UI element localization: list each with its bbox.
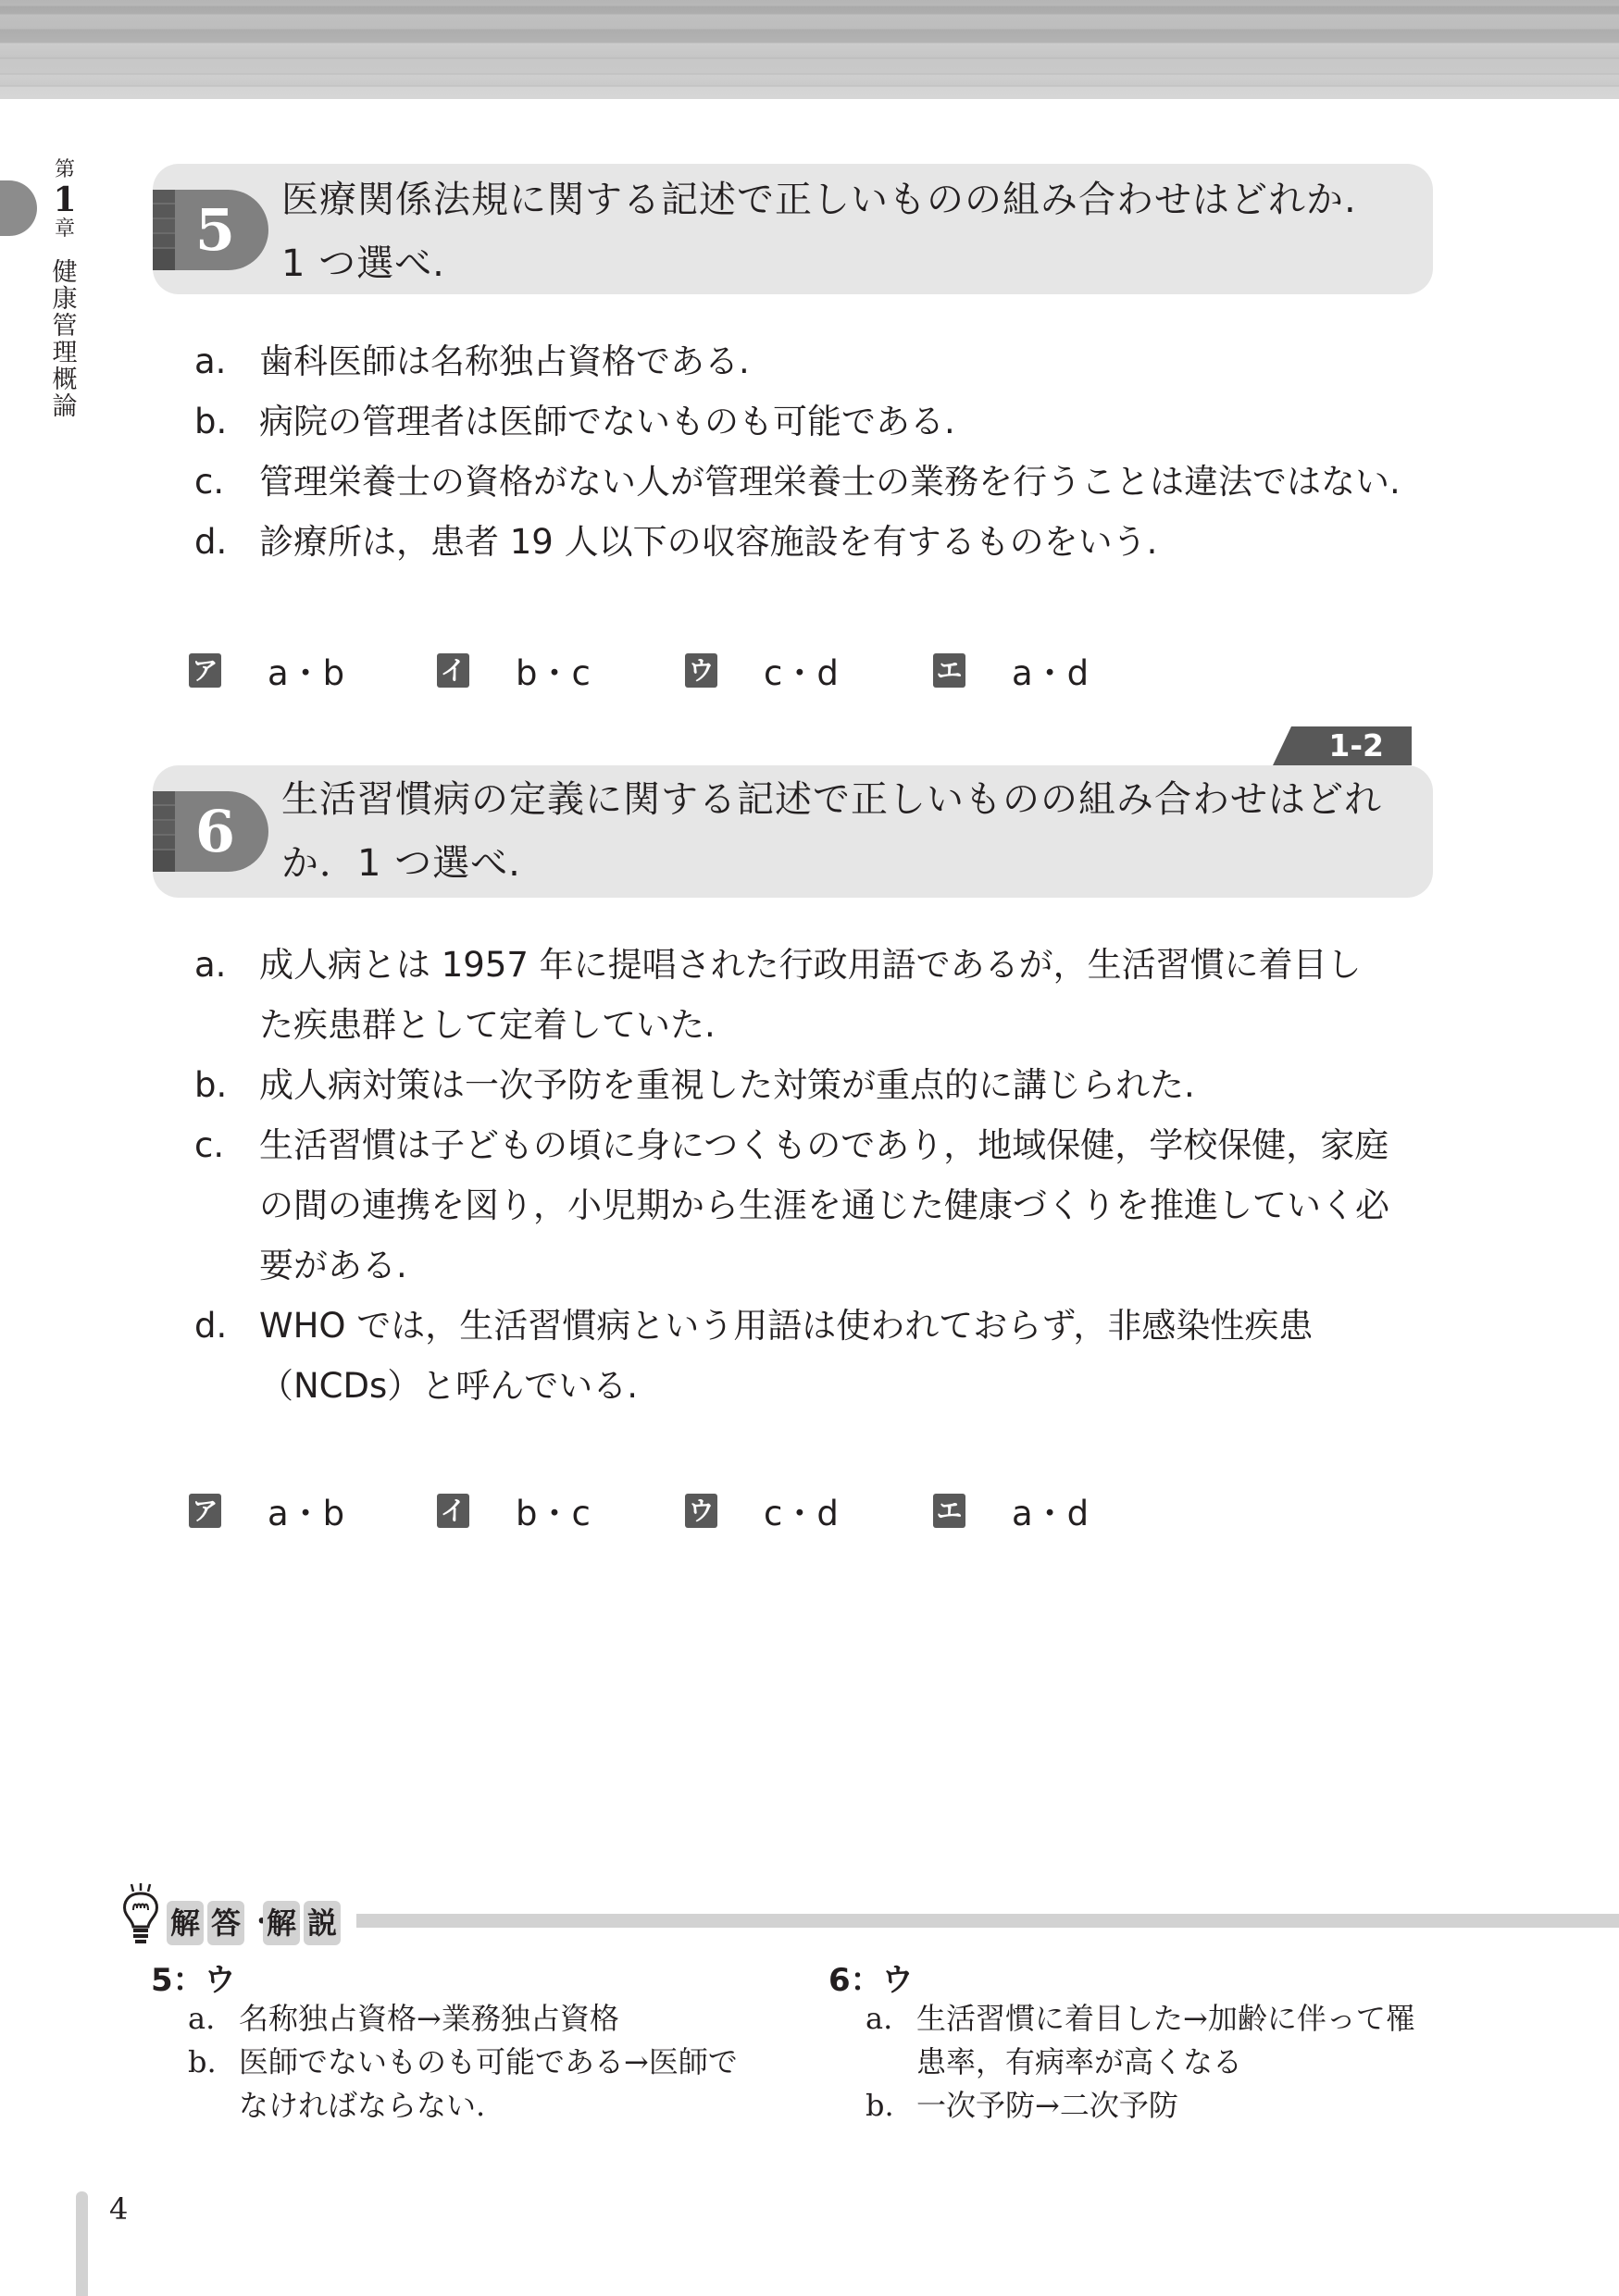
choice-line: 成人病とは 1957 年に提唱された行政用語であるが，生活習慣に着目し xyxy=(259,935,1435,995)
answer-options: ア a・b イ b・c ウ c・d エ a・d xyxy=(189,645,1181,695)
chapter-number: 1 xyxy=(53,181,76,218)
page-number: 4 xyxy=(109,2191,128,2227)
explanation-line: 生活習慣に着目した→加齢に伴って罹 xyxy=(916,1997,1415,2041)
option-key-badge: ウ xyxy=(685,1494,717,1528)
choice-text: 成人病対策は一次予防を重視した対策が重点的に講じられた. xyxy=(259,1055,1435,1115)
explanation-label: a. xyxy=(188,1997,239,2041)
choice-label: a. xyxy=(194,935,259,1055)
option-key-badge: ア xyxy=(189,653,221,688)
option-key-badge: ア xyxy=(189,1494,221,1528)
question-number-badge: 6 xyxy=(153,791,268,872)
option-key-badge: エ xyxy=(933,653,965,688)
option-key-badge: イ xyxy=(437,1494,469,1528)
question-number: 6 xyxy=(175,791,268,872)
lightbulb-icon xyxy=(120,1882,161,1945)
option-value: b・c xyxy=(516,1485,591,1535)
choice-label: a. xyxy=(194,331,259,391)
option-a[interactable]: ア a・b xyxy=(189,645,437,695)
chapter-prefix: 第 xyxy=(55,159,75,181)
chapter-title-char: 概 xyxy=(53,366,78,393)
chapter-title-char: 理 xyxy=(53,340,78,366)
explanation-label: b. xyxy=(866,2084,916,2128)
badge-stripes xyxy=(153,791,175,872)
answer-key-6: 6：ウ xyxy=(828,1955,914,2000)
choice-text: 生活習慣は子どもの頃に身につくものであり，地域保健，学校保健，家庭 の間の連携を… xyxy=(259,1115,1435,1296)
option-key-badge: イ xyxy=(437,653,469,688)
choice-line: た疾患群として定着していた. xyxy=(259,995,1435,1055)
choice-c: c. 生活習慣は子どもの頃に身につくものであり，地域保健，学校保健，家庭 の間の… xyxy=(194,1115,1435,1296)
option-value: a・b xyxy=(268,645,344,695)
answer-section-rule xyxy=(356,1914,1619,1928)
explanation-label: b. xyxy=(188,2041,239,2128)
choice-a: a. 歯科医師は名称独占資格である. xyxy=(194,331,1435,391)
chapter-suffix: 章 xyxy=(55,218,75,241)
answer-6-explanations: a. 生活習慣に着目した→加齢に伴って罹 患率，有病率が高くなる b. 一次予防… xyxy=(866,1997,1458,2128)
option-u[interactable]: ウ c・d xyxy=(685,1485,933,1535)
option-a[interactable]: ア a・b xyxy=(189,1485,437,1535)
option-value: c・d xyxy=(764,645,839,695)
topic-tag: 1-2 xyxy=(1273,726,1412,765)
explanation-line: 医師でないものも可能である→医師で xyxy=(239,2041,738,2084)
chapter-title-char: 管 xyxy=(53,313,78,340)
question-prompt: 生活習慣病の定義に関する記述で正しいものの組み合わせはどれ か．1 つ選べ. xyxy=(281,768,1420,896)
option-value: a・b xyxy=(268,1485,344,1535)
choice-b: b. 病院の管理者は医師でないものも可能である. xyxy=(194,391,1435,452)
option-e[interactable]: エ a・d xyxy=(933,645,1181,695)
chapter-title-char: 論 xyxy=(53,393,78,420)
option-i[interactable]: イ b・c xyxy=(437,645,685,695)
option-value: b・c xyxy=(516,645,591,695)
option-e[interactable]: エ a・d xyxy=(933,1485,1181,1535)
choice-line: 要がある. xyxy=(259,1235,1435,1296)
chapter-title: 健 康 管 理 概 論 xyxy=(53,259,78,420)
option-value: a・d xyxy=(1012,645,1089,695)
heading-char: 解 xyxy=(167,1901,204,1945)
explanation-text: 医師でないものも可能である→医師で なければならない. xyxy=(239,2041,738,2128)
choice-label: c. xyxy=(194,1115,259,1296)
choice-text: WHO では，生活習慣病という用語は使われておらず，非感染性疾患 （NCDs）と… xyxy=(259,1296,1435,1416)
choice-b: b. 成人病対策は一次予防を重視した対策が重点的に講じられた. xyxy=(194,1055,1435,1115)
chapter-tab-marker xyxy=(0,180,37,236)
choice-d: d. 診療所は，患者 19 人以下の収容施設を有するものをいう. xyxy=(194,512,1435,572)
answer-options: ア a・b イ b・c ウ c・d エ a・d xyxy=(189,1485,1181,1535)
badge-stripes xyxy=(153,190,175,270)
choice-label: b. xyxy=(194,391,259,452)
option-value: a・d xyxy=(1012,1485,1089,1535)
option-key-badge: ウ xyxy=(685,653,717,688)
page-header-band xyxy=(0,0,1619,99)
prompt-line: 1 つ選べ. xyxy=(281,232,1420,296)
choice-text: 診療所は，患者 19 人以下の収容施設を有するものをいう. xyxy=(259,512,1435,572)
explanation-text: 名称独占資格→業務独占資格 xyxy=(239,1997,619,2041)
choice-a: a. 成人病とは 1957 年に提唱された行政用語であるが，生活習慣に着目し た… xyxy=(194,935,1435,1055)
choice-text: 成人病とは 1957 年に提唱された行政用語であるが，生活習慣に着目し た疾患群… xyxy=(259,935,1435,1055)
choice-line: 生活習慣は子どもの頃に身につくものであり，地域保健，学校保健，家庭 xyxy=(259,1115,1435,1175)
choice-line: の間の連携を図り，小児期から生涯を通じた健康づくりを推進していく必 xyxy=(259,1175,1435,1235)
option-value: c・d xyxy=(764,1485,839,1535)
option-i[interactable]: イ b・c xyxy=(437,1485,685,1535)
question-prompt: 医療関係法規に関する記述で正しいものの組み合わせはどれか. 1 つ選べ. xyxy=(281,168,1420,296)
chapter-title-char: 康 xyxy=(53,286,78,313)
explanation-line: 患率，有病率が高くなる xyxy=(916,2041,1415,2084)
explanation-text: 生活習慣に着目した→加齢に伴って罹 患率，有病率が高くなる xyxy=(916,1997,1415,2084)
chapter-label: 第 1 章 健 康 管 理 概 論 xyxy=(48,159,81,420)
answer-key-5: 5：ウ xyxy=(151,1955,236,2000)
explanation-item: b. 医師でないものも可能である→医師で なければならない. xyxy=(188,2041,780,2128)
explanation-text: 一次予防→二次予防 xyxy=(916,2084,1178,2128)
explanation-line: なければならない. xyxy=(239,2084,738,2128)
choice-label: c. xyxy=(194,452,259,512)
choice-text: 病院の管理者は医師でないものも可能である. xyxy=(259,391,1435,452)
page-margin-bar xyxy=(76,2191,88,2296)
choice-c: c. 管理栄養士の資格がない人が管理栄養士の業務を行うことは違法ではない. xyxy=(194,452,1435,512)
answer-5-explanations: a. 名称独占資格→業務独占資格 b. 医師でないものも可能である→医師で なけ… xyxy=(188,1997,780,2128)
explanation-item: b. 一次予防→二次予防 xyxy=(866,2084,1458,2128)
explanation-label: a. xyxy=(866,1997,916,2084)
explanation-item: a. 生活習慣に着目した→加齢に伴って罹 患率，有病率が高くなる xyxy=(866,1997,1458,2084)
choice-label: d. xyxy=(194,512,259,572)
choice-label: b. xyxy=(194,1055,259,1115)
chapter-title-char: 健 xyxy=(53,259,78,286)
heading-char: 答 xyxy=(207,1901,244,1945)
prompt-line: か．1 つ選べ. xyxy=(281,832,1420,896)
question-number: 5 xyxy=(175,190,268,270)
prompt-line: 医療関係法規に関する記述で正しいものの組み合わせはどれか. xyxy=(281,168,1420,232)
choice-label: d. xyxy=(194,1296,259,1416)
choice-d: d. WHO では，生活習慣病という用語は使われておらず，非感染性疾患 （NCD… xyxy=(194,1296,1435,1416)
heading-char: 説 xyxy=(304,1901,341,1945)
answer-section-heading: 解 答 ・ 解 説 xyxy=(120,1882,341,1945)
heading-separator: ・ xyxy=(248,1901,259,1945)
choice-line: （NCDs）と呼んでいる. xyxy=(259,1356,1435,1416)
question-number-badge: 5 xyxy=(153,190,268,270)
choice-text: 管理栄養士の資格がない人が管理栄養士の業務を行うことは違法ではない. xyxy=(259,452,1435,512)
choice-text: 歯科医師は名称独占資格である. xyxy=(259,331,1435,391)
explanation-item: a. 名称独占資格→業務独占資格 xyxy=(188,1997,780,2041)
option-u[interactable]: ウ c・d xyxy=(685,645,933,695)
option-key-badge: エ xyxy=(933,1494,965,1528)
heading-char: 解 xyxy=(263,1901,300,1945)
prompt-line: 生活習慣病の定義に関する記述で正しいものの組み合わせはどれ xyxy=(281,768,1420,832)
choice-line: WHO では，生活習慣病という用語は使われておらず，非感染性疾患 xyxy=(259,1296,1435,1356)
